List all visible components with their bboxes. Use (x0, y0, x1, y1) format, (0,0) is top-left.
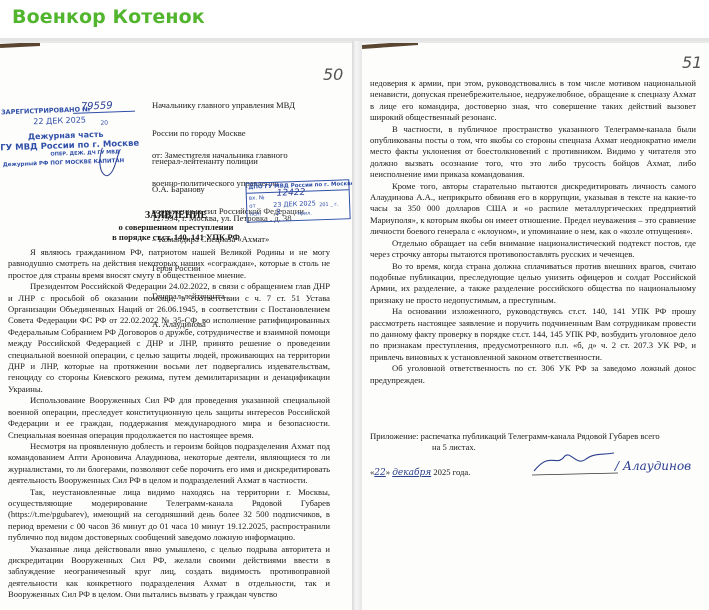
paragraph: Несмотря на проявленную доблесть и герои… (8, 441, 330, 487)
incoming-number: 12422 (277, 188, 306, 199)
paragraph: В частности, в публичное пространство ук… (370, 124, 696, 181)
paragraph: На основании изложенного, руководствуясь… (370, 306, 696, 363)
paragraph: Я являюсь гражданином РФ, патриотом наше… (8, 247, 330, 281)
channel-title[interactable]: Военкор Котенок (12, 6, 205, 28)
stamp-signature-icon (94, 145, 125, 182)
scan-edge-mark (0, 43, 40, 48)
stamp-registered-date: 22 ДЕК 2025 (33, 115, 86, 126)
scan-edge-mark (362, 43, 418, 49)
registration-stamp: ЗАРЕГИСТРИРОВАНО № 79559 22 ДЕК 2025 20 … (0, 100, 145, 179)
paragraph: Так, неустановленные лица видимо находяс… (8, 487, 330, 544)
paragraph: недоверия к армии, при этом, руководство… (370, 78, 696, 124)
paragraph: Кроме того, авторы старательно пытаются … (370, 181, 696, 238)
paragraph: Отдельно обращает на себя внимание нацио… (370, 238, 696, 261)
stamp-year-suffix: 20 (100, 120, 108, 127)
page-gap (352, 41, 362, 610)
sender-line: от: Заместителя начальника главного (152, 151, 304, 160)
signature-icon (530, 447, 620, 477)
addressee-line: Начальнику главного управления МВД (152, 101, 295, 110)
document-gallery: 50 Начальнику главного управления МВД Ро… (0, 41, 709, 610)
date-day: 22 (374, 468, 385, 478)
attachment-line: Приложение: распечатка публикаций Телегр… (370, 431, 700, 442)
incoming-year-label: 201 _ г. (319, 202, 339, 209)
document-title: ЗАЯВЛЕНИЕ (0, 210, 352, 221)
page-number: 51 (682, 53, 702, 72)
signature-date: «22» декабря 2025 года. (370, 467, 470, 478)
signature-name: / Алаудинов (615, 459, 691, 473)
incoming-number-label: вх. № (249, 195, 265, 202)
statement-body-right: недоверия к армии, при этом, руководство… (370, 78, 696, 386)
paragraph: Во то время, когда страна должна сплачив… (370, 261, 696, 307)
statement-body-left: Я являюсь гражданином РФ, патриотом наше… (8, 247, 330, 601)
document-subtitle-articles: в порядке ст.ст. 140, 141 УПК РФ (0, 232, 352, 242)
paragraph: Использование Вооруженных Сил РФ для про… (8, 395, 330, 441)
document-subtitle: о совершенном преступлении (0, 222, 352, 232)
paragraph: Президентом Российской Федерации 24.02.2… (8, 281, 330, 395)
incoming-date-label: от (249, 203, 256, 209)
date-year: 2025 года. (433, 467, 470, 477)
date-month: декабря (392, 468, 431, 478)
paragraph: Об уголовной ответственность по ст. 306 … (370, 363, 696, 386)
paragraph: Указанные лица действовали явно умышлено… (8, 544, 330, 601)
page-number: 50 (323, 65, 343, 84)
document-page-right[interactable]: 51 недоверия к армии, при этом, руководс… (362, 43, 709, 610)
document-page-left[interactable]: 50 Начальнику главного управления МВД Ро… (0, 43, 352, 610)
channel-header: Военкор Котенок (0, 0, 709, 38)
